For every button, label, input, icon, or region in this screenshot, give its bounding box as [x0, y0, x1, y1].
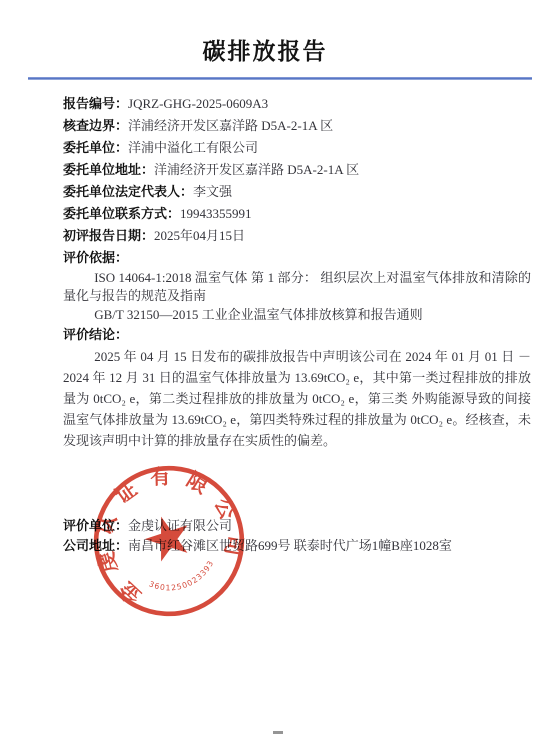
contact-value: 19943355991: [180, 206, 252, 221]
svg-text:3601250023393: 3601250023393: [145, 557, 221, 601]
client-value: 洋浦中溢化工有限公司: [128, 140, 258, 155]
client-line: 委托单位：洋浦中溢化工有限公司: [63, 137, 531, 159]
client-address-label: 委托单位地址：: [63, 162, 154, 177]
company-seal-stamp: 金虔认证有限公司 3601250023393: [69, 441, 268, 640]
evaluation-conclusion-heading: 评价结论：: [63, 324, 531, 346]
conclusion-paragraph: 2025 年 04 月 15 日发布的碳排放报告中声明该公司在 2024 年 0…: [63, 346, 531, 451]
client-address-value: 洋浦经济开发区嘉洋路 D5A-2-1A 区: [154, 162, 359, 177]
page-footer-mark: [273, 731, 283, 734]
seal-serial-number: 3601250023393: [145, 557, 221, 601]
client-address-line: 委托单位地址：洋浦经济开发区嘉洋路 D5A-2-1A 区: [63, 159, 531, 181]
initial-report-date-line: 初评报告日期：2025年04月15日: [63, 225, 531, 247]
seal-star-icon: [140, 510, 196, 564]
title-divider: [28, 77, 532, 80]
initial-report-date-label: 初评报告日期：: [63, 228, 154, 243]
client-label: 委托单位：: [63, 140, 128, 155]
report-page: 碳排放报告 报告编号：JQRZ-GHG-2025-0609A3 核查边界：洋浦经…: [0, 0, 560, 739]
legal-representative-value: 李文强: [193, 184, 232, 199]
verification-boundary-value: 洋浦经济开发区嘉洋路 D5A-2-1A 区: [128, 118, 333, 133]
report-number-line: 报告编号：JQRZ-GHG-2025-0609A3: [63, 93, 531, 115]
contact-line: 委托单位联系方式：19943355991: [63, 203, 531, 225]
legal-representative-label: 委托单位法定代表人：: [63, 184, 193, 199]
report-number-label: 报告编号：: [63, 96, 128, 111]
report-number-value: JQRZ-GHG-2025-0609A3: [128, 96, 268, 111]
evaluation-basis-heading: 评价依据：: [63, 247, 531, 269]
initial-report-date-value: 2025年04月15日: [154, 228, 245, 243]
basis-item-iso: ISO 14064-1:2018 温室气体 第 1 部分： 组织层次上对温室气体…: [63, 269, 531, 305]
contact-label: 委托单位联系方式：: [63, 206, 180, 221]
verification-boundary-label: 核查边界：: [63, 118, 128, 133]
legal-representative-line: 委托单位法定代表人：李文强: [63, 181, 531, 203]
basis-item-gbt: GB/T 32150—2015 工业企业温室气体排放核算和报告通则: [63, 306, 531, 324]
report-body: 报告编号：JQRZ-GHG-2025-0609A3 核查边界：洋浦经济开发区嘉洋…: [63, 93, 531, 451]
page-title: 碳排放报告: [0, 33, 530, 66]
verification-boundary-line: 核查边界：洋浦经济开发区嘉洋路 D5A-2-1A 区: [63, 115, 531, 137]
